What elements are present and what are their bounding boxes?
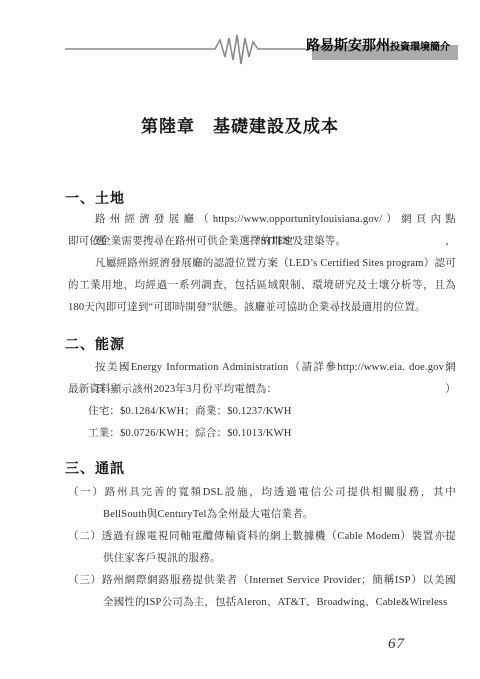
telecom-item1-line2: BellSouth與CenturyTel為全州最大電信業者。 [68,504,456,526]
section-heading-energy: 二、能源 [65,334,125,354]
header-title-sub: 投資環境簡介 [390,38,450,53]
energy-price-line2: 工業：$0.0726/KWH；綜合：$0.1013/KWH [68,423,456,445]
section-heading-telecom: 三、通訊 [65,458,125,478]
header-title: 路易斯安那州投資環境簡介 [306,35,450,55]
telecom-item3-line2: 全國性的ISP公司為主，包括Aleron、AT&T、Broadwing、Cabl… [68,592,456,614]
telecom-item3-line1: （三）路州網際網路服務提供業者（Internet Service Provide… [68,570,456,592]
page-number: 67 [388,636,405,653]
document-page: 路易斯安那州投資環境簡介 第陸章 基礎建設及成本 一、土地 路州經濟發展廳（ht… [0,0,480,679]
land-paragraph1-line1: 路州經濟發展廳（https://www.opportunitylouisiana… [68,209,456,231]
telecom-item2-line1: （二）透過有線電視同軸電纜傳輸資料的網上數據機（Cable Modem）裝置亦提 [68,526,456,548]
energy-paragraph-line1: 按美國Energy Information Administration（請詳參… [68,357,456,379]
energy-paragraph-line2: 最新資料顯示該州2023年3月份平均電價為： [68,379,456,401]
telecom-item1-line1: （一）路州具完善的寬頻DSL設施，均透過電信公司提供相關服務，其中 [68,482,456,504]
land-paragraph2-line3: 180天內即可達到“可即時開發”狀態。該廳並可協助企業尋找最適用的位置。 [68,297,456,319]
telecom-item2-line2: 供住家客戶視訊的服務。 [68,548,456,570]
land-paragraph1-line2: 即可依企業需要搜尋在路州可供企業選擇的用地及建築等。 [68,231,456,253]
header-badge: 路易斯安那州投資環境簡介 [300,33,462,63]
land-paragraph2-line1: 凡屬經路州經濟發展廳的認證位置方案（LED’s Certified Sites … [68,253,456,275]
header-title-main: 路易斯安那州 [306,35,390,55]
chapter-title: 第陸章 基礎建設及成本 [0,112,480,137]
section-heading-land: 一、土地 [65,188,125,208]
land-paragraph2-line2: 的工業用地，均經過一系列調查，包括區域限制、環境研究及土壤分析等，且為 [68,275,456,297]
energy-price-line1: 住宅：$0.1284/KWH；商業：$0.1237/KWH [68,401,456,423]
